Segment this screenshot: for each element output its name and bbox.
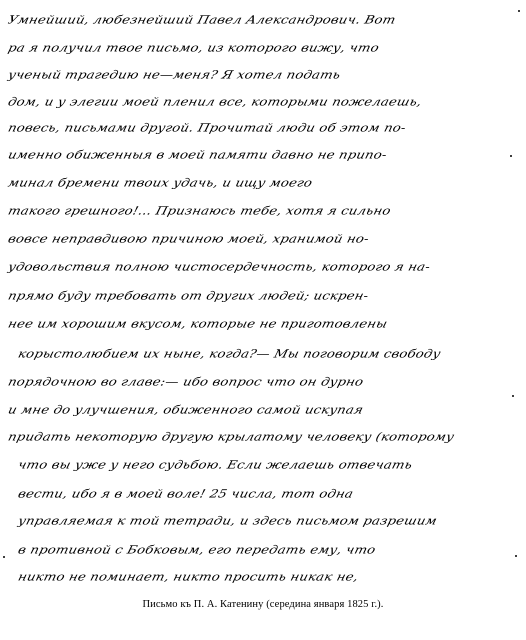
document-page: Умнейший, любезнейший Павел Александрови… (0, 0, 526, 640)
manuscript-line: удовольствия полною чистосердечность, ко… (6, 260, 515, 275)
manuscript-line: вовсе неправдивою причиною моей, хранимо… (6, 232, 515, 247)
manuscript-line: в противной с Бобковым, его передать ему… (16, 543, 525, 558)
figure-caption: Письмо къ П. А. Катенину (середина январ… (0, 599, 526, 610)
manuscript-line: ученый трагедию не—меня? Я хотел подать (6, 68, 515, 83)
manuscript-line: нее им хорошим вкусом, которые не пригот… (6, 317, 515, 332)
manuscript-line: Умнейший, любезнейший Павел Александрови… (6, 13, 515, 28)
manuscript-line: дом, и у элегии моей пленил все, которым… (6, 95, 515, 110)
manuscript-line: именно обиженныя в моей памяти давно не … (6, 148, 515, 163)
scan-speck (515, 555, 517, 557)
scan-speck (510, 155, 512, 157)
manuscript-line: что вы уже у него судьбою. Если желаешь … (16, 458, 525, 473)
manuscript-line: и мне до улучшения, обиженного самой иск… (6, 403, 515, 418)
manuscript-line: придать некоторую другую крылатому челов… (6, 430, 515, 445)
manuscript-line: управляемая к той тетради, и здесь письм… (16, 514, 525, 529)
scan-speck (512, 395, 514, 397)
scan-speck (3, 556, 5, 558)
manuscript-line: ра я получил твое письмо, из которого ви… (6, 41, 515, 56)
manuscript-line: повесь, письмами другой. Прочитай люди о… (6, 121, 515, 136)
manuscript-line: никто не поминает, никто просить никак н… (16, 570, 525, 585)
manuscript-line: вести, ибо я в моей воле! 25 числа, тот … (16, 487, 525, 502)
manuscript-line: прямо буду требовать от других людей; ис… (6, 289, 515, 304)
manuscript-line: корыстолюбием их ныне, когда?— Мы погово… (16, 347, 525, 362)
manuscript-line: порядочною во главе:— ибо вопрос что он … (6, 375, 515, 390)
manuscript-line: такого грешного!... Признаюсь тебе, хотя… (6, 204, 515, 219)
handwritten-manuscript: Умнейший, любезнейший Павел Александрови… (0, 0, 526, 590)
manuscript-line: минал бремени твоих удачь, и ищу моего (6, 176, 515, 191)
scan-speck (518, 10, 520, 12)
